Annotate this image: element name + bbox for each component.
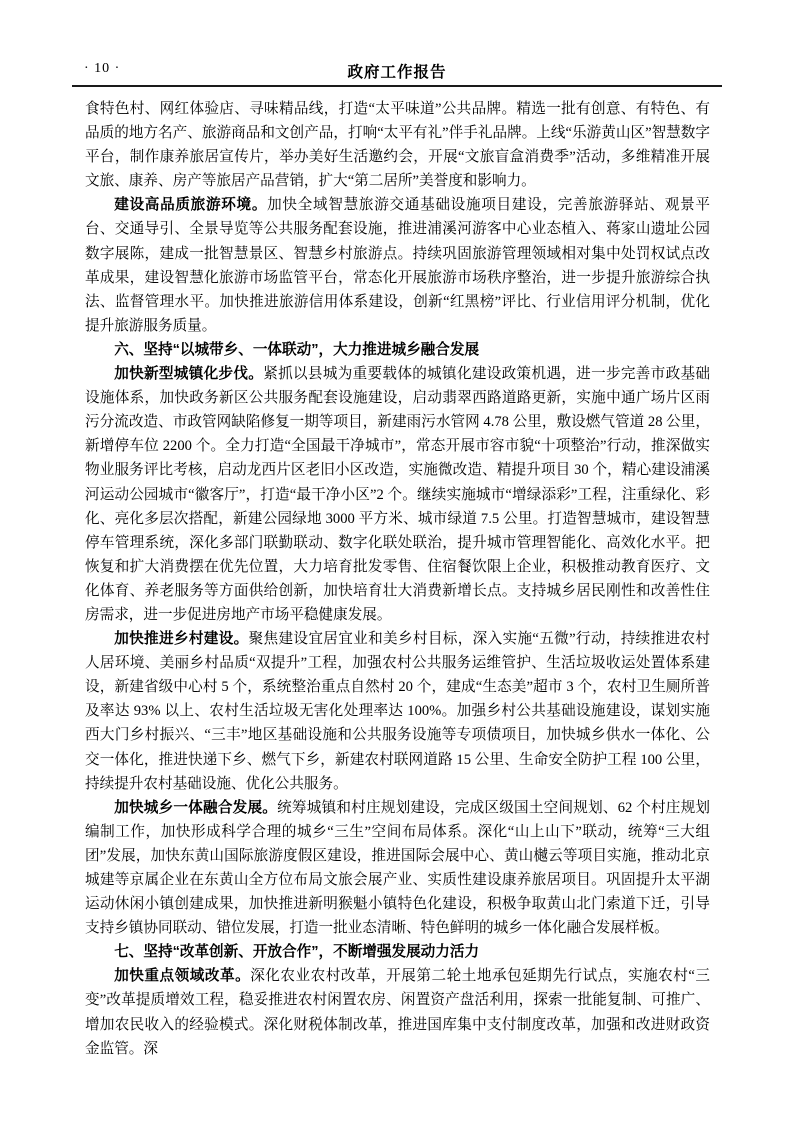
paragraph-lead: 加快新型城镇化步伐。 [114, 366, 263, 382]
paragraph-text: 统筹城镇和村庄规划建设，完成区级国土空间规划、62 个村庄规划编制工作，加快形成… [85, 800, 710, 936]
paragraph: 加快重点领域改革。深化农业农村改革，开展第二轮土地承包延期先行试点，实施农村“三… [85, 964, 710, 1060]
paragraph: 加快新型城镇化步伐。紧抓以县城为重要载体的城镇化建设政策机遇，进一步完善市政基础… [85, 362, 710, 627]
paragraph: 加快推进乡村建设。聚焦建设宜居宜业和美乡村目标，深入实施“五微”行动，持续推进农… [85, 627, 710, 796]
paragraph-lead: 加快重点领域改革。 [114, 968, 250, 984]
document-page: · 10 · 政府工作报告 食特色村、网红体验店、寻味精品线，打造“太平味道”公… [0, 0, 793, 1122]
paragraph: 加快城乡一体融合发展。统筹城镇和村庄规划建设，完成区级国土空间规划、62 个村庄… [85, 796, 710, 941]
paragraph: 建设高品质旅游环境。加快全域智慧旅游交通基础设施项目建设，完善旅游驿站、观景平台… [85, 193, 710, 338]
document-body: 食特色村、网红体验店、寻味精品线，打造“太平味道”公共品牌。精选一批有创意、有特… [85, 97, 710, 1061]
page-header: · 10 · 政府工作报告 [72, 58, 722, 87]
paragraph-text: 紧抓以县城为重要载体的城镇化建设政策机遇，进一步完善市政基础设施体系，加快政务新… [85, 366, 710, 623]
section-heading-6: 六、坚持“以城带乡、一体联动”，大力推进城乡融合发展 [85, 338, 710, 362]
paragraph-text: 聚焦建设宜居宜业和美乡村目标，深入实施“五微”行动，持续推进农村人居环境、美丽乡… [85, 631, 710, 792]
paragraph-continuation: 食特色村、网红体验店、寻味精品线，打造“太平味道”公共品牌。精选一批有创意、有特… [85, 97, 710, 193]
paragraph-text: 食特色村、网红体验店、寻味精品线，打造“太平味道”公共品牌。精选一批有创意、有特… [85, 101, 710, 189]
paragraph-lead: 加快城乡一体融合发展。 [114, 800, 277, 816]
paragraph-text: 加快全域智慧旅游交通基础设施项目建设，完善旅游驿站、观景平台、交通导引、全景导览… [85, 197, 710, 333]
paragraph-lead: 建设高品质旅游环境。 [114, 197, 267, 213]
section-heading-7: 七、坚持“改革创新、开放合作”，不断增强发展动力活力 [85, 940, 710, 964]
document-title: 政府工作报告 [72, 60, 722, 82]
paragraph-lead: 加快推进乡村建设。 [114, 631, 248, 647]
